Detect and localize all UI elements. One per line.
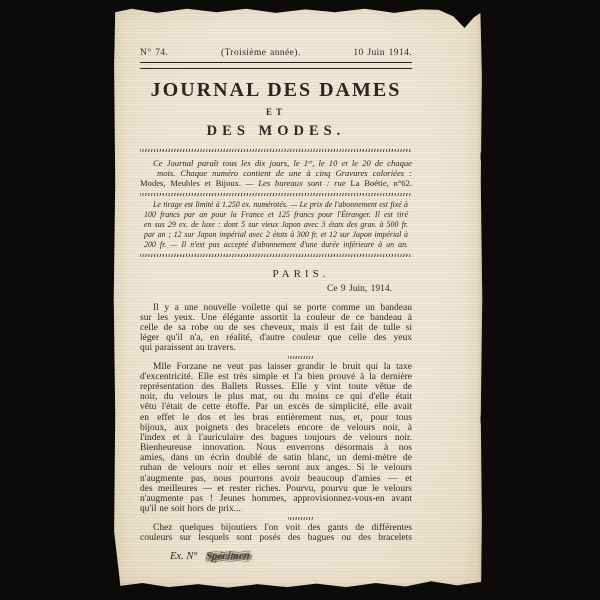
journal-title-et: ET [140,107,412,117]
double-rule [140,62,412,69]
text-line: bijoux, aux poignets des bracelets encor… [140,423,412,433]
text-line: vêtu l'était de cette étoffe. Par un exc… [140,402,412,412]
text-line: en effet le dos et les bras entièrement … [140,413,412,423]
paper-edge-blemish [480,415,484,424]
text-line: représentation des Ballets Russes. Elle … [140,382,412,392]
text-line: des meilleures — et rester riches. Pourv… [140,484,412,494]
stamp-text-echo: Spécimen [208,552,253,564]
article-paragraph: Chez quelques bijoutiers l'on voit des g… [140,523,412,543]
page-content: N° 74. (Troisième année). 10 Juin 1914. … [140,48,412,562]
text-line: Le tirage est limité à 1.250 ex. numérot… [144,200,408,210]
text-line: qui paraissent au travers. [140,343,412,353]
wavy-rule [140,254,412,257]
subscription-terms: Le tirage est limité à 1.250 ex. numérot… [140,200,412,250]
text-line: mois. Chaque numéro contient de une à ci… [140,168,412,178]
exemplar-number-row: Ex. N° SpécimenSpécimen [140,551,412,562]
paper-edge-blemish [480,152,484,161]
article-dateline: Ce 9 Juin, 1914. [140,284,412,294]
text-line: qu'il ne soit hors de prix... [140,504,412,514]
journal-cover-page: N° 74. (Troisième année). 10 Juin 1914. … [113,7,483,590]
wavy-rule [140,149,412,152]
notice-roman-part: La Boétie, n°62. [350,178,412,188]
text-line: d'excentricité. Elle est très simple et … [140,372,412,382]
text-line: Ce Journal paraît tous les dix jours, le… [140,158,412,168]
journal-title: JOURNAL DES DAMES [140,80,412,100]
text-line: Il y a une nouvelle voilette qui se port… [140,303,412,313]
text-line: par an ; 12 sur Japon impérial avec 2 ét… [144,230,408,240]
notice-roman-part: Modes, Meubles et Bijoux. [140,178,241,188]
text-line: n'augmente pas ! Jeunes hommes, approvis… [140,494,412,504]
text-line: 100 francs par an pour la France et 125 … [144,210,408,220]
photo-background: { "window": { "background": "#0c0b09" },… [0,0,600,600]
article-paragraph: Mlle Forzane ne veut pas laisser grandir… [140,362,412,514]
publication-notice: Ce Journal paraît tous les dix jours, le… [140,158,412,178]
text-line: sur les yeux. Une élégante assortit la c… [140,313,412,323]
exemplar-number-stamp: SpécimenSpécimen [205,551,250,563]
text-line: l'index et à l'auriculaire des bagues to… [140,433,412,443]
issue-date: 10 Juin 1914. [353,48,412,58]
text-line: 200 fr. — Il n'est pas accepté d'abonnem… [144,240,408,250]
text-line: celle de sa robe ou de ses cheveux, mais… [140,323,412,333]
notice-italic-part: — Les bureaux sont : rue [241,178,350,188]
text-line: amies, dans un écrin doublé de satin bla… [140,453,412,463]
text-line: ruban de velours noir et elles seront au… [140,463,412,473]
text-line: Mlle Forzane ne veut pas laisser grandir… [140,362,412,372]
text-line: n'augmente pas, nous pourrons avoir beau… [140,474,412,484]
paragraph-separator [288,517,314,520]
publication-notice-address-line: Modes, Meubles et Bijoux. — Les bureaux … [140,178,412,188]
text-line: noir, du velours le plus mat, ou du moin… [140,392,412,402]
article-paragraph: Il y a une nouvelle voilette qui se port… [140,303,412,354]
paragraph-separator [288,356,314,359]
text-line: Chez quelques bijoutiers l'on voit des g… [140,523,412,533]
text-line: couleurs sur lesquels sont posés des bag… [140,533,412,543]
issue-number: N° 74. [140,48,168,58]
text-line: Bienheureuse innovation. Nous enverrons … [140,443,412,453]
series-year: (Troisième année). [221,48,301,58]
text-line: en sus 29 ex. de luxe : dont 5 sur vieux… [144,220,408,230]
text-line: léger qu'il n'a, en réalité, d'autre cou… [140,333,412,343]
masthead-issue-row: N° 74. (Troisième année). 10 Juin 1914. [140,48,412,58]
city-heading: PARIS. [165,268,437,280]
journal-title-modes: DES MODES. [140,123,412,140]
exemplar-label: Ex. N° [170,551,198,562]
wavy-rule [140,193,412,196]
